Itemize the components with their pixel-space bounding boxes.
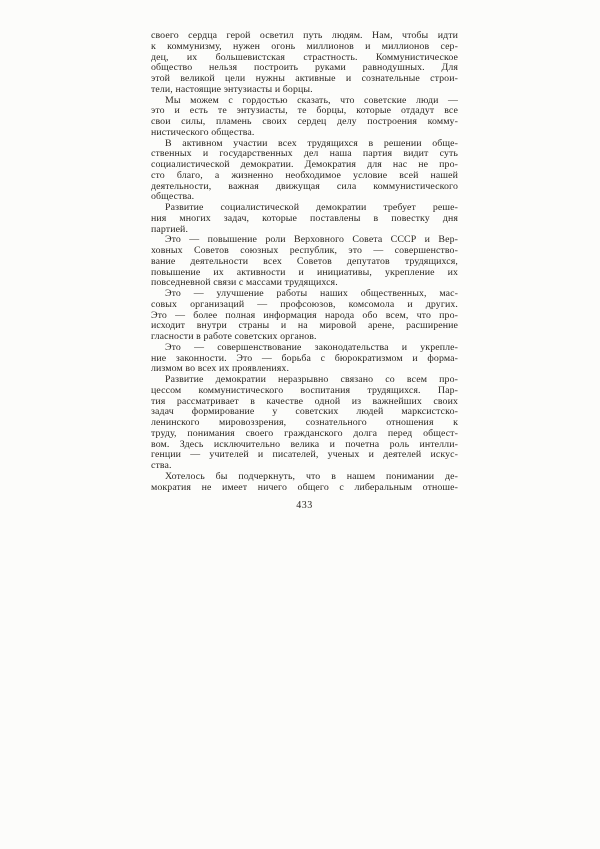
text-line: совых организаций — профсоюзов, комсомол… — [151, 300, 458, 311]
text-block: своего сердца герой осветил путь людям. … — [151, 31, 458, 493]
text-line: Это — совершенствование законодательства… — [151, 343, 458, 354]
text-line: деятельности, важная движущая сила комму… — [151, 182, 458, 193]
text-line: мократия не имеет ничего общего с либера… — [151, 483, 458, 494]
text-line: к коммунизму, нужен огонь миллионов и ми… — [151, 42, 458, 53]
text-line: труду, понимания своего гражданского дол… — [151, 429, 458, 440]
text-line: ния многих задач, которые поставлены в п… — [151, 214, 458, 225]
text-line: тели, настоящие энтузиасты и борцы. — [151, 85, 458, 96]
book-page-scan: своего сердца герой осветил путь людям. … — [0, 0, 600, 849]
text-line: нистического общества. — [151, 128, 458, 139]
text-line: Хотелось бы подчеркнуть, что в нашем пон… — [151, 472, 458, 483]
text-line: сто благо, а жизненно необходимое услови… — [151, 171, 458, 182]
text-line: генции — учителей и писателей, ученых и … — [151, 450, 458, 461]
text-line: вание деятельности всех Советов депутато… — [151, 257, 458, 268]
page-number: 433 — [151, 500, 458, 511]
text-line: цессом коммунистического воспитания труд… — [151, 386, 458, 397]
